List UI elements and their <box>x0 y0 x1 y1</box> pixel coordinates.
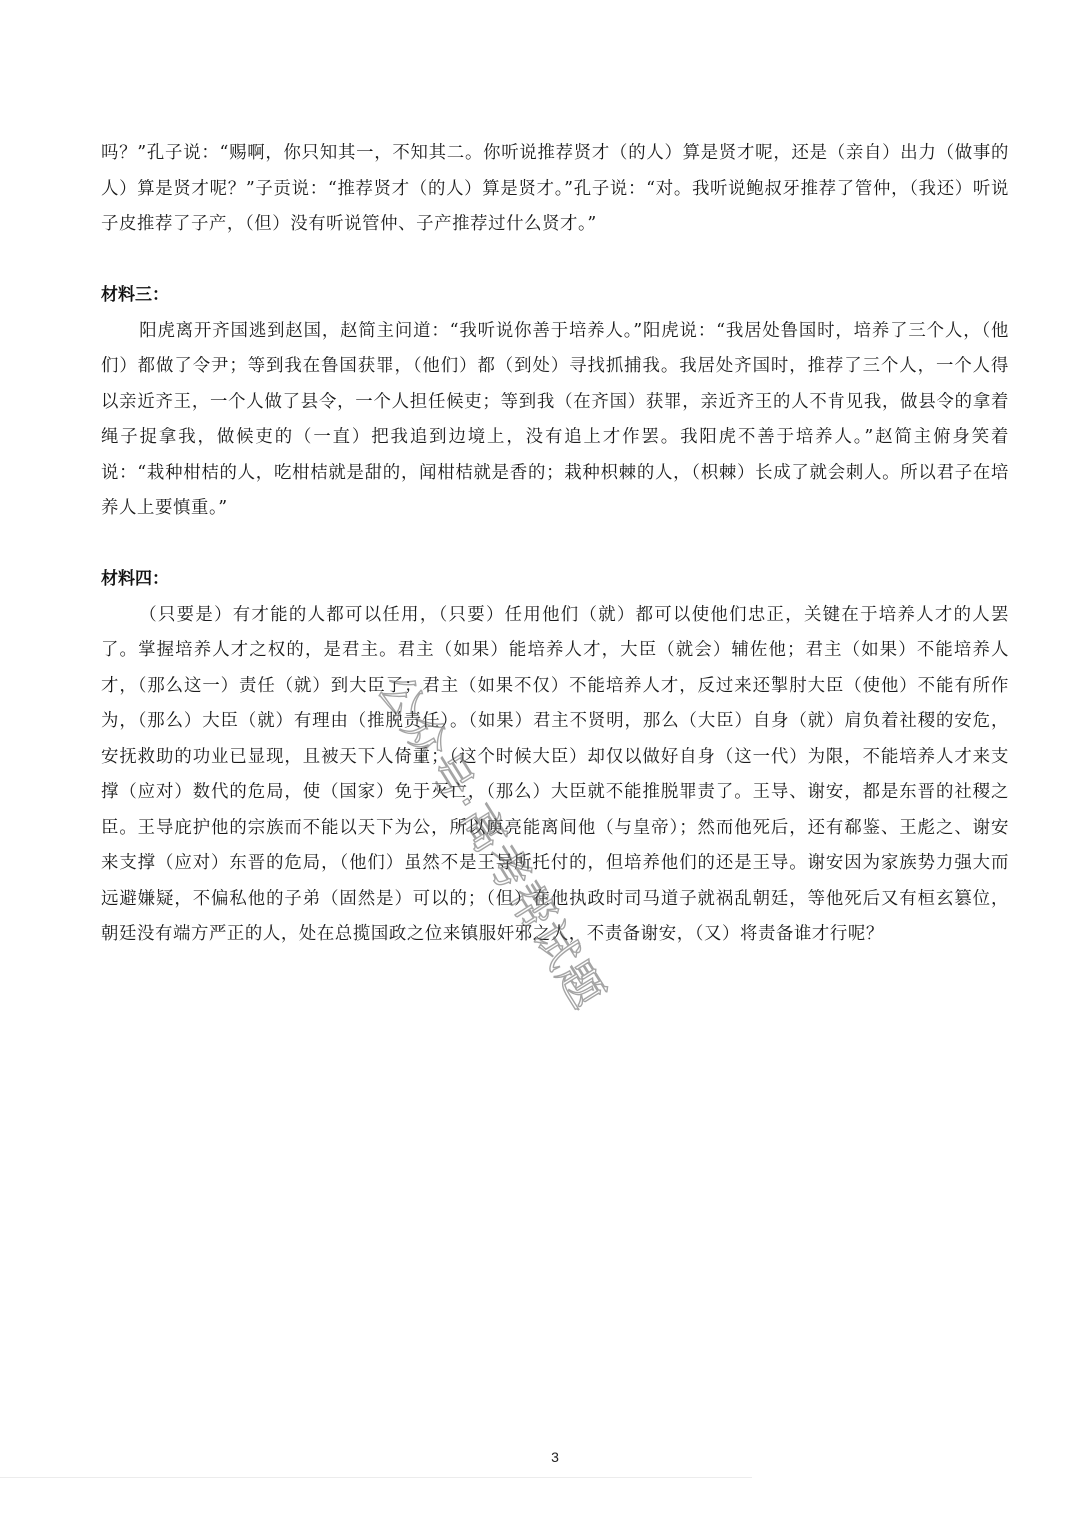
document-page: 吗？”孔子说：“赐啊，你只知其一，不知其二。你听说推荐贤才（的人）算是贤才呢，还… <box>0 0 1080 1527</box>
page-number: 3 <box>0 1449 1080 1465</box>
section-material-4: 材料四： （只要是）有才能的人都可以任用，（只要）任用他们（就）都可以使他们忠正… <box>101 562 1009 953</box>
section-material-3: 材料三： 阳虎离开齐国逃到赵国，赵简主问道：“我听说你善于培养人。”阳虎说：“我… <box>101 278 1009 527</box>
section-spacer <box>101 243 1009 279</box>
footer-divider <box>0 1477 752 1478</box>
section-spacer <box>101 527 1009 563</box>
section-heading: 材料四： <box>101 562 1009 598</box>
section-heading: 材料三： <box>101 278 1009 314</box>
section-paragraph: 阳虎离开齐国逃到赵国，赵简主问道：“我听说你善于培养人。”阳虎说：“我居处鲁国时… <box>101 314 1009 527</box>
page-content: 吗？”孔子说：“赐啊，你只知其一，不知其二。你听说推荐贤才（的人）算是贤才呢，还… <box>101 136 1009 953</box>
continued-paragraph: 吗？”孔子说：“赐啊，你只知其一，不知其二。你听说推荐贤才（的人）算是贤才呢，还… <box>101 136 1009 243</box>
section-paragraph: （只要是）有才能的人都可以任用，（只要）任用他们（就）都可以使他们忠正，关键在于… <box>101 598 1009 953</box>
